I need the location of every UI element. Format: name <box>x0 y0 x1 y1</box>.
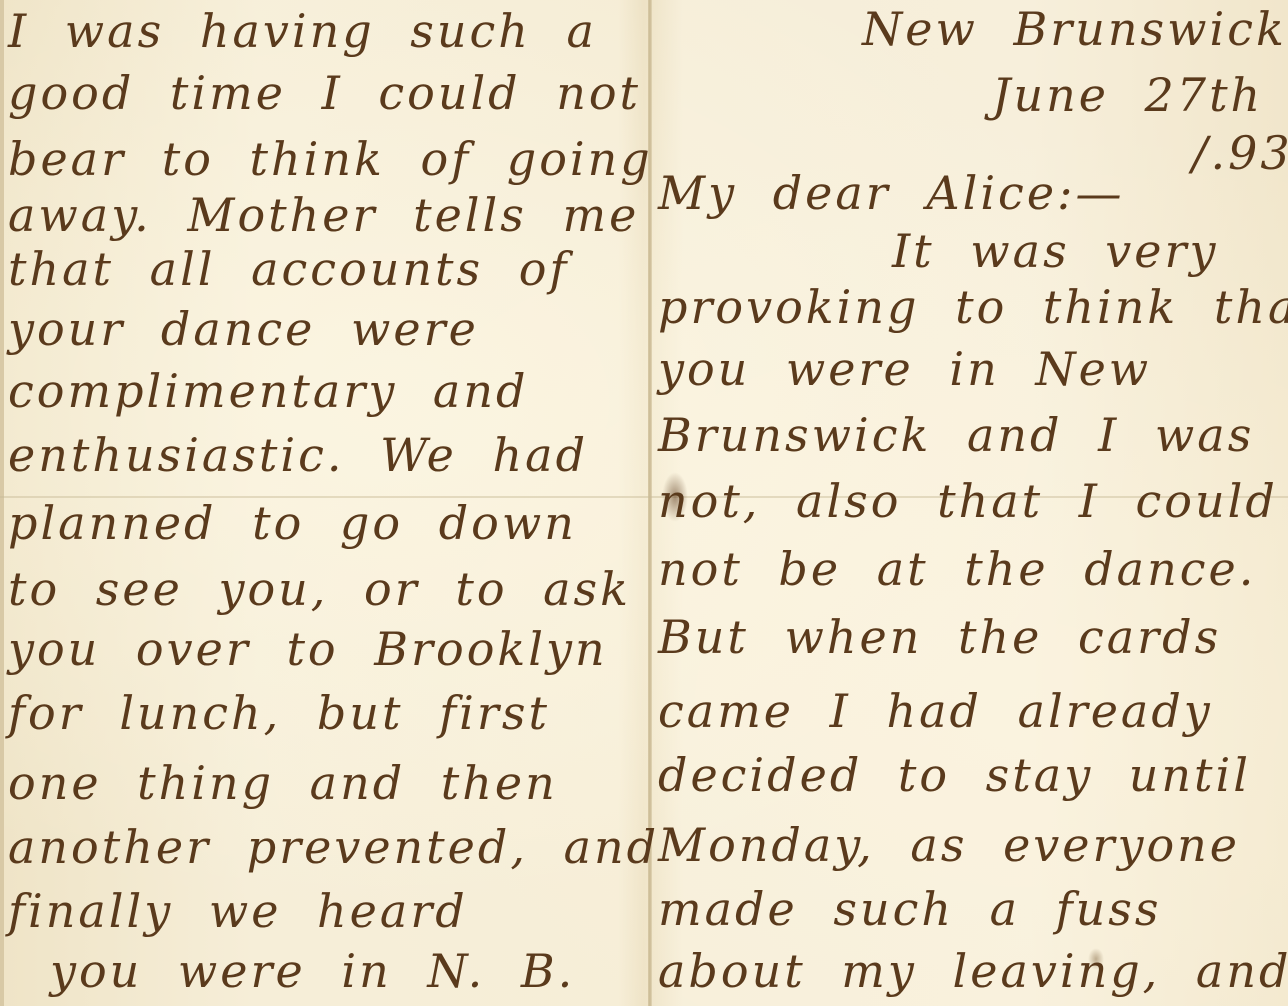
letter-line: But when the cards <box>658 614 1221 660</box>
letter-date: June 27th <box>992 72 1263 118</box>
letter-line: enthusiastic. We had <box>8 432 588 478</box>
letter-line: provoking to think that <box>658 284 1288 330</box>
letter-line: you were in New <box>658 346 1151 392</box>
letter-line: another prevented, and <box>8 824 659 870</box>
letter-line: decided to stay until <box>658 752 1251 798</box>
letter-line: good time I could not <box>8 70 641 116</box>
letter-line: bear to think of going <box>8 136 653 182</box>
letter-salutation: My dear Alice:— <box>658 170 1125 216</box>
right-page: New Brunswick June 27th /.93 My dear Ali… <box>652 0 1288 1006</box>
letter-line: not be at the dance. <box>658 546 1256 592</box>
letter-line: Monday, as everyone <box>658 822 1240 868</box>
letter-line: finally we heard <box>8 888 468 934</box>
letter-line: away. Mother tells me <box>8 192 639 238</box>
letter-line: for lunch, but first <box>8 690 550 736</box>
letter-year: /.93 <box>1192 130 1288 176</box>
letter-line: I was having such a <box>8 8 597 54</box>
letter-line: came I had already <box>658 688 1213 734</box>
letter-line: to see you, or to ask <box>8 566 631 612</box>
letter-line: you were in N. B. <box>50 948 575 994</box>
letter-line: not, also that I could <box>658 478 1278 524</box>
letter-line: about my leaving, and <box>658 948 1288 994</box>
left-page: I was having such a good time I could no… <box>0 0 648 1006</box>
letter-line: complimentary and <box>8 368 528 414</box>
letter-line: It was very <box>892 228 1219 274</box>
letter-line: planned to go down <box>8 500 577 546</box>
letter-line: one thing and then <box>8 760 558 806</box>
letter-scan: I was having such a good time I could no… <box>0 0 1288 1006</box>
letter-line: Brunswick and I was <box>658 412 1254 458</box>
letter-line: your dance were <box>8 306 479 352</box>
letter-line: that all accounts of <box>8 246 569 292</box>
letter-line: you over to Brooklyn <box>8 626 608 672</box>
letter-line: made such a fuss <box>658 886 1162 932</box>
letter-place: New Brunswick <box>862 6 1287 52</box>
